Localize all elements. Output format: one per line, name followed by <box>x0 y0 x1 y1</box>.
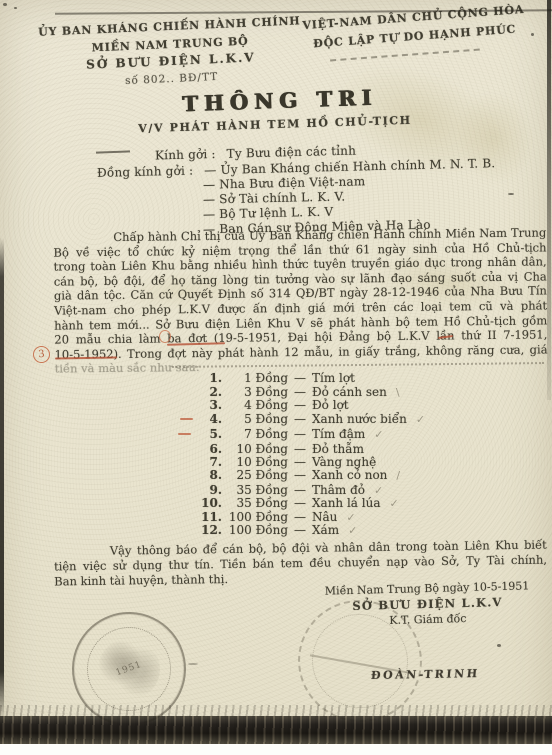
scan-speck <box>508 193 514 195</box>
row-color: Đỏ thẫm <box>312 442 364 456</box>
cc-label: Đồng kính gởi : <box>97 164 194 180</box>
row-denomination: 25 Đồng <box>222 468 288 482</box>
pencil-check-mark: ✓ <box>348 524 357 537</box>
row-denomination: 1 Đồng <box>222 371 288 385</box>
scan-speck <box>3 3 7 6</box>
row-separator: — <box>294 496 306 510</box>
row-number: 8. <box>196 468 222 482</box>
row-denomination: 4 Đồng <box>222 398 288 412</box>
row-number: 3. <box>196 398 222 412</box>
subject-divider-dash <box>96 150 130 153</box>
row-denomination: 100 Đồng <box>222 523 288 537</box>
row-separator: — <box>294 510 306 524</box>
scan-speck <box>531 33 534 36</box>
pencil-check-mark: ✓ <box>416 413 425 426</box>
scan-speck <box>14 7 17 9</box>
stamp-list-row: 1.1 Đồng—Tím lợt <box>196 371 364 385</box>
stamp-list-row: 4.5 Đồng—Xanh nước biển✓ <box>196 412 425 426</box>
row-number: 5. <box>196 427 222 441</box>
stamp-list-row: 10.35 Đồng—Xanh lá lúa✓ <box>196 496 399 510</box>
red-pencil-dash <box>180 418 193 420</box>
scanned-document: ỦY BAN KHÁNG CHIẾN HÀNH CHÍNH MIỀN NAM T… <box>0 0 552 755</box>
signer-name: ĐOÀN-TRINH <box>370 667 480 682</box>
stamp-list-row: 12.100 Đồng—Xám✓ <box>196 523 357 537</box>
row-color: Tím lợt <box>312 371 355 385</box>
row-separator: — <box>294 483 306 497</box>
stamp-list-row: 2.3 Đồng—Đỏ cánh sen\ <box>196 385 400 399</box>
red-pencil-circle-mark <box>159 330 171 343</box>
row-color: Đỏ lợt <box>312 398 349 412</box>
stamp-list-row: 7.10 Đồng—Vàng nghệ <box>196 455 385 469</box>
row-number: 7. <box>196 455 222 469</box>
row-denomination: 7 Đồng <box>222 427 288 441</box>
row-denomination: 3 Đồng <box>222 385 288 399</box>
row-denomination: 10 Đồng <box>222 442 288 456</box>
row-number: 2. <box>196 385 222 399</box>
row-number: 6. <box>196 442 222 456</box>
row-denomination: 5 Đồng <box>222 412 288 426</box>
row-color: Vàng nghệ <box>312 455 376 469</box>
pencil-check-mark: ✓ <box>390 497 399 510</box>
document-title: THÔNG TRI <box>140 83 421 118</box>
row-number: 11. <box>196 510 222 524</box>
row-denomination: 10 Đồng <box>222 455 288 469</box>
pencil-check-mark: \ <box>396 386 400 399</box>
row-number: 9. <box>196 483 222 497</box>
row-number: 10. <box>196 496 222 510</box>
row-number: 1. <box>196 371 222 385</box>
scan-bottom-margin <box>0 744 552 755</box>
row-color: Tím đậm <box>312 427 365 441</box>
stamp-list-row: 3.4 Đồng—Đỏ lợt <box>196 398 358 412</box>
scan-bottom-band <box>0 716 552 744</box>
national-header: VIỆT-NAM DÂN CHỦ CỘNG HÒA ĐỘC LẬP TỰ DO … <box>287 0 541 55</box>
row-separator: — <box>294 523 306 537</box>
scan-speck <box>497 644 501 647</box>
body-paragraph: Chấp hành Chỉ thị của Ủy Ban Kháng chiến… <box>53 225 548 376</box>
letterhead-issuing-office: ỦY BAN KHÁNG CHIẾN HÀNH CHÍNH MIỀN NAM T… <box>37 12 305 93</box>
row-separator: — <box>294 398 306 412</box>
row-color: Xanh nước biển <box>312 412 407 426</box>
cc-item: — Bộ Tư lệnh L. K. V <box>203 205 334 222</box>
pencil-check-mark: / <box>396 469 400 482</box>
stamp-list-row: 11.100 Đồng—Nâu✓ <box>196 510 356 524</box>
stamp-list-row: 5.7 Đồng—Tím đậm✓ <box>196 427 383 441</box>
row-color: Thâm đỏ <box>312 483 365 497</box>
seal-center-year: 1951 <box>115 660 144 679</box>
row-separator: — <box>294 442 306 456</box>
row-color: Xanh lá lúa <box>312 496 381 510</box>
row-separator: — <box>294 371 306 385</box>
recipient-to-label: Kính gởi : <box>155 147 216 162</box>
scan-left-edge-shadow <box>0 238 4 720</box>
row-number: 4. <box>196 412 222 426</box>
margin-circled-note: 3 <box>32 345 51 364</box>
red-pencil-dash <box>178 433 191 435</box>
ink-bleed-smudge <box>446 83 544 193</box>
stamp-list-row: 6.10 Đồng—Đỏ thẫm <box>196 442 373 456</box>
row-denomination: 35 Đồng <box>222 496 288 510</box>
row-color: Đỏ cánh sen <box>312 385 387 399</box>
scan-right-edge-shadow <box>547 0 551 400</box>
row-denomination: 100 Đồng <box>222 510 288 524</box>
row-color: Nâu <box>312 510 337 524</box>
recipient-to-value: Ty Bưu điện các tỉnh <box>227 144 357 161</box>
motto-underline <box>330 49 480 64</box>
row-separator: — <box>294 455 306 469</box>
stamp-list-row: 8.25 Đồng—Xanh cỏ non/ <box>196 468 400 482</box>
row-number: 12. <box>196 523 222 537</box>
row-color: Xanh cỏ non <box>312 468 387 482</box>
pencil-check-mark: ✓ <box>374 428 383 441</box>
row-color: Xám <box>312 523 339 537</box>
scan-speck <box>188 663 198 665</box>
row-separator: — <box>294 412 306 426</box>
stamp-list-row: 9.35 Đồng—Thâm đỏ✓ <box>196 483 383 497</box>
row-separator: — <box>294 427 306 441</box>
row-separator: — <box>294 468 306 482</box>
row-denomination: 35 Đồng <box>222 483 288 497</box>
row-separator: — <box>294 385 306 399</box>
